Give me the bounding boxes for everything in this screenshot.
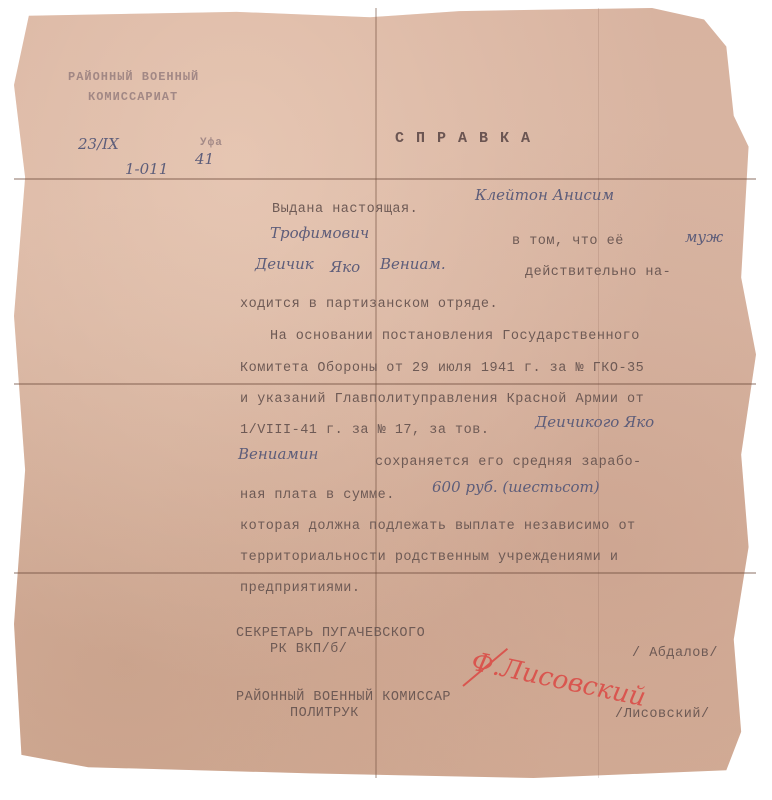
body-line-13: предприятиями. bbox=[240, 581, 360, 596]
body-line-1: Выдана настоящая. bbox=[272, 202, 418, 217]
stamp-number: 1-011 bbox=[125, 160, 168, 178]
stamp-line-2: КОМИССАРИАТ bbox=[88, 90, 178, 104]
stamp-year: 41 bbox=[195, 150, 214, 168]
body-line-11: которая должна подлежать выплате независ… bbox=[240, 519, 636, 534]
body-line-5: На основании постановления Государственн… bbox=[270, 329, 640, 344]
stamp-extra: Уфа bbox=[200, 137, 223, 149]
body-line-8: 1/VIII-41 г. за № 17, за тов. bbox=[240, 423, 489, 438]
commissar-title-1: РАЙОННЫЙ ВОЕННЫЙ КОМИССАР bbox=[236, 690, 451, 705]
body-line-6: Комитета Обороны от 29 июля 1941 г. за №… bbox=[240, 361, 644, 376]
hand-amount: 600 руб. (шестьсот) bbox=[432, 478, 600, 496]
body-line-2: в том, что её bbox=[512, 234, 624, 249]
document-title: СПРАВКА bbox=[395, 130, 542, 147]
secretary-title-2: РК ВКП/б/ bbox=[270, 642, 347, 657]
stamp-date: 23/IX bbox=[78, 135, 119, 153]
hand-relation: муж bbox=[685, 228, 723, 246]
secretary-title-1: СЕКРЕТАРЬ ПУГАЧЕВСКОГО bbox=[236, 626, 425, 641]
fold-line-horizontal bbox=[14, 572, 756, 574]
body-line-9: сохраняется его средняя зарабо- bbox=[375, 455, 642, 470]
body-line-10: ная плата в сумме. bbox=[240, 488, 395, 503]
stamp-line-1: РАЙОННЫЙ ВОЕННЫЙ bbox=[68, 70, 199, 84]
fold-line-horizontal bbox=[14, 178, 756, 180]
hand-surname: Деичик bbox=[255, 255, 314, 273]
body-line-12: территориальности родственным учреждения… bbox=[240, 550, 618, 565]
hand-firstname: Яко bbox=[330, 258, 360, 276]
body-line-7: и указаний Главполитуправления Красной А… bbox=[240, 392, 644, 407]
hand-patronymic: Трофимович bbox=[270, 224, 369, 242]
commissar-title-2: ПОЛИТРУК bbox=[290, 706, 359, 721]
body-line-4: ходится в партизанском отряде. bbox=[240, 297, 498, 312]
hand-name-1: Клейтон Анисим bbox=[475, 186, 614, 204]
body-line-3: действительно на- bbox=[525, 265, 671, 280]
secretary-name: / Абдалов/ bbox=[632, 646, 718, 661]
hand-firstname-2: Вениамин bbox=[238, 445, 318, 463]
hand-surname-2: Деичикого Яко bbox=[535, 413, 654, 431]
fold-line-horizontal bbox=[14, 383, 756, 385]
hand-middlename: Вениам. bbox=[380, 255, 446, 273]
